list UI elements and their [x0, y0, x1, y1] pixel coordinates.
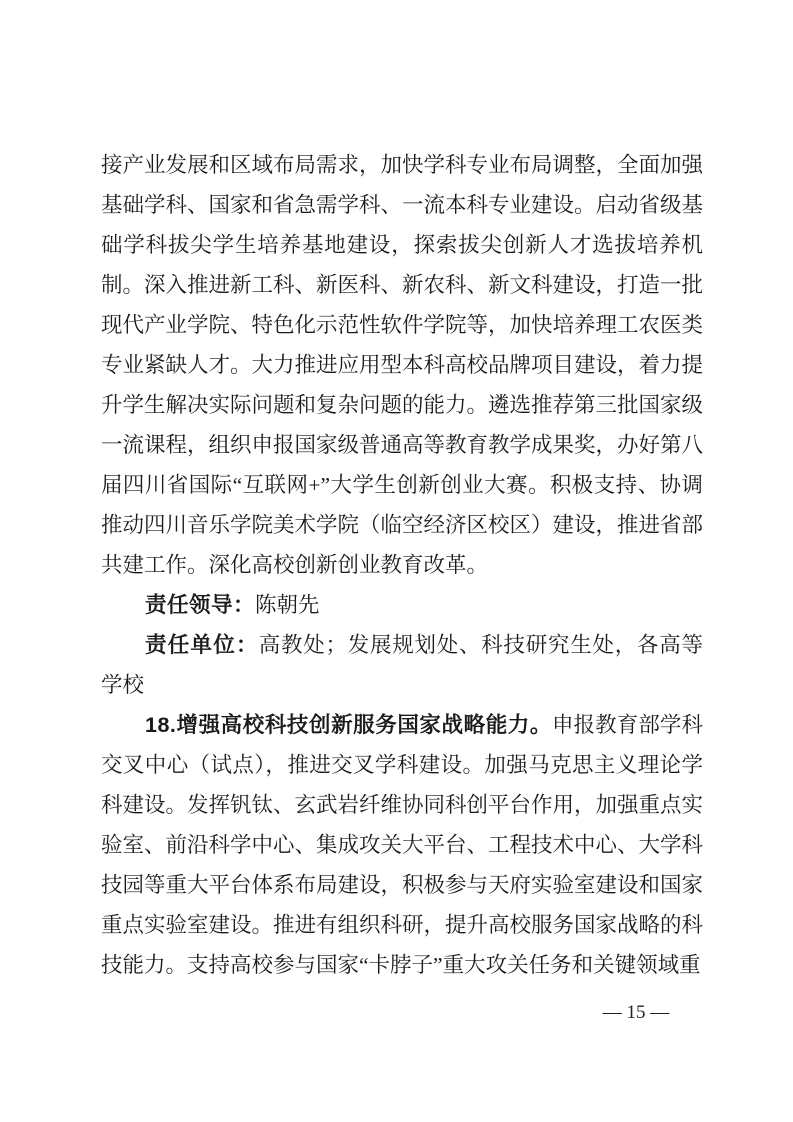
paragraph-text-run: 陈朝先	[255, 593, 320, 617]
document-page: 接产业发展和区域布局需求，加快学科专业布局调整，全面加强基础学科、国家和省急需学…	[0, 0, 793, 1122]
para-responsible-leader: 责任领导：陈朝先	[101, 585, 703, 625]
paragraph-text-run: 接产业发展和区域布局需求，加快学科专业布局调整，全面加强基础学科、国家和省急需学…	[101, 153, 703, 577]
document-body: 接产业发展和区域布局需求，加快学科专业布局调整，全面加强基础学科、国家和省急需学…	[101, 145, 703, 985]
page-number: — 15 —	[586, 1000, 686, 1026]
paragraph-bold-run: 18.增强高校科技创新服务国家战略能力。	[145, 713, 552, 737]
para-continuation-body: 接产业发展和区域布局需求，加快学科专业布局调整，全面加强基础学科、国家和省急需学…	[101, 145, 703, 585]
paragraph-bold-run: 责任领导：	[145, 593, 255, 617]
paragraph-bold-run: 责任单位：	[145, 633, 259, 657]
paragraph-text-run: 申报教育部学科交叉中心（试点），推进交叉学科建设。加强马克思主义理论学科建设。发…	[101, 713, 703, 977]
para-responsible-unit: 责任单位：高教处；发展规划处、科技研究生处，各高等学校	[101, 625, 703, 705]
para-item-18: 18.增强高校科技创新服务国家战略能力。申报教育部学科交叉中心（试点），推进交叉…	[101, 705, 703, 985]
